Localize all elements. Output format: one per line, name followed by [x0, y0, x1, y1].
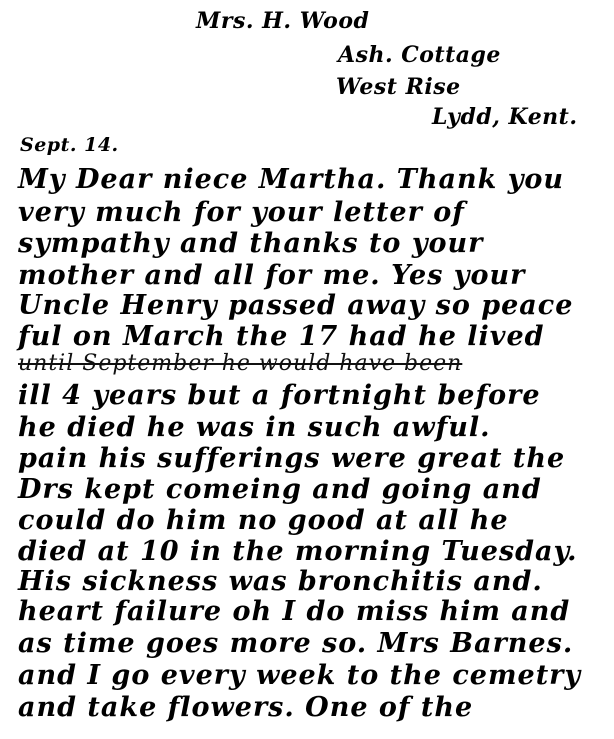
letter-line: pain his sufferings were great the — [18, 443, 565, 474]
letter-line: sympathy and thanks to your — [18, 228, 483, 259]
letter-page: Mrs. H. Wood Ash. Cottage West Rise Lydd… — [0, 0, 614, 739]
letter-line: very much for your letter of — [18, 197, 465, 228]
sender-name: Mrs. H. Wood — [196, 8, 369, 34]
letter-line: heart failure oh I do miss him and — [18, 596, 570, 627]
letter-line: My Dear niece Martha. Thank you — [18, 164, 564, 195]
letter-line: he died he was in such awful. — [18, 412, 491, 443]
address-line-2: West Rise — [336, 74, 461, 100]
letter-line: Drs kept comeing and going and — [18, 474, 542, 505]
letter-line: His sickness was bronchitis and. — [18, 566, 543, 597]
letter-line: died at 10 in the morning Tuesday. — [18, 536, 578, 567]
letter-line-struck-through: until September he would have been — [18, 351, 462, 376]
address-line-3: Lydd, Kent. — [432, 104, 578, 130]
address-line-1: Ash. Cottage — [338, 42, 501, 68]
letter-line: mother and all for me. Yes your — [18, 260, 525, 291]
letter-line: Uncle Henry passed away so peace — [18, 290, 573, 321]
letter-line: and take flowers. One of the — [18, 692, 473, 723]
letter-line: ill 4 years but a fortnight before — [18, 380, 541, 411]
letter-line: ful on March the 17 had he lived — [18, 321, 545, 352]
letter-date: Sept. 14. — [20, 134, 119, 156]
letter-line: and I go every week to the cemetry — [18, 660, 581, 691]
letter-line: could do him no good at all he — [18, 505, 509, 536]
letter-line: as time goes more so. Mrs Barnes. — [18, 628, 573, 659]
